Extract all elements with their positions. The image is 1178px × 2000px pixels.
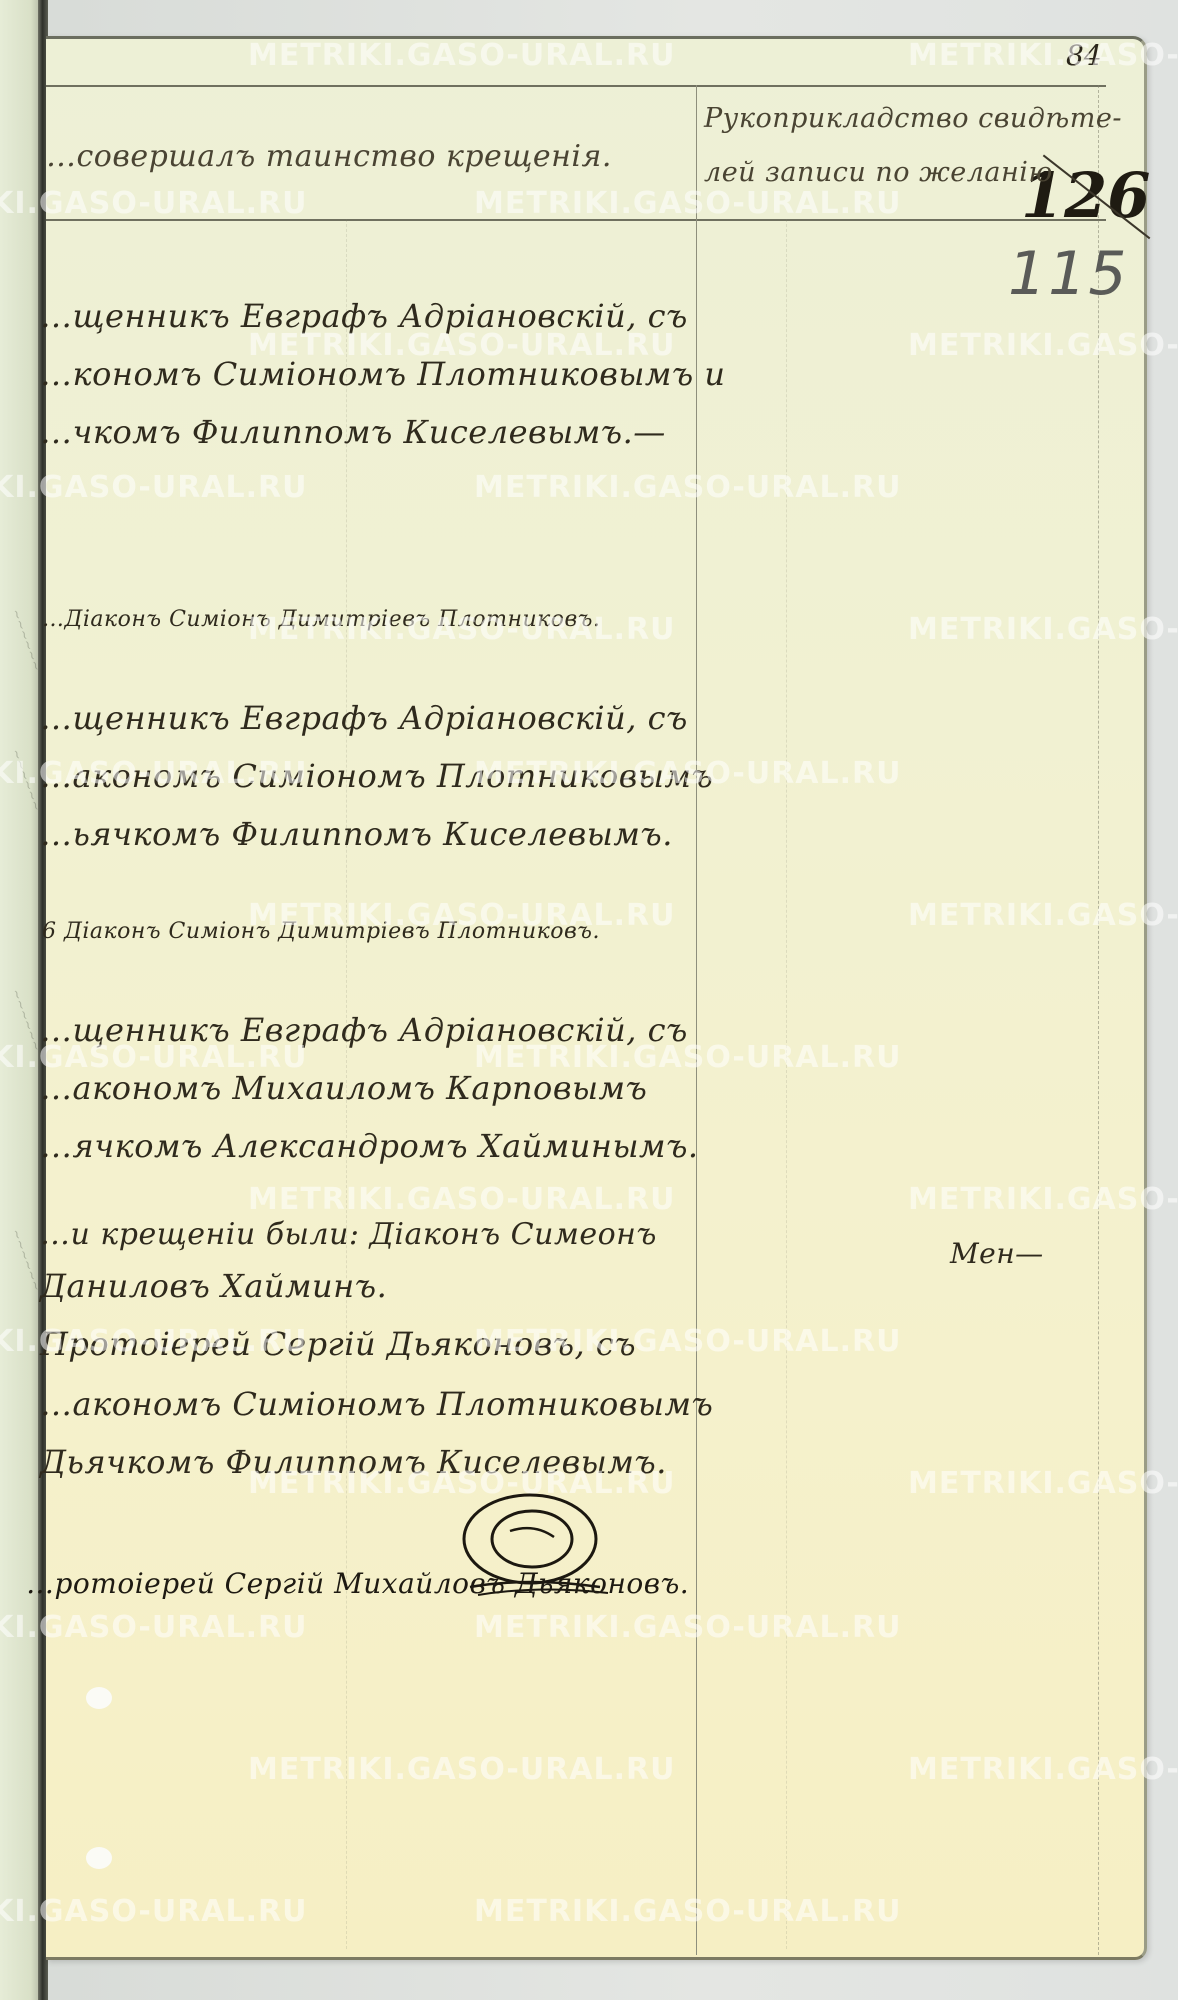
header-right-line-1: Рукоприкладство свидѣте-	[704, 103, 1122, 134]
entry-5-line-3: …ячкомъ Александромъ Хайминымъ.	[40, 1127, 699, 1165]
entry-1-line-2: …кономъ Симіономъ Плотниковымъ и	[40, 355, 726, 393]
header-right-line-2: лей записи по желанію	[704, 157, 1053, 188]
entry-3-line-2: …акономъ Симіономъ Плотниковымъ	[40, 757, 713, 795]
header-top-rule	[46, 85, 1106, 87]
folio-number: 84	[1066, 39, 1102, 72]
entry-1-line-3: …чкомъ Филиппомъ Киселевымъ.—	[40, 413, 666, 451]
entry-3-line-1: …щенникъ Евграфъ Адріановскій, съ	[40, 699, 688, 737]
bleed-through-text: ~~~~~~	[7, 1227, 34, 1268]
bleed-through-text: ~~~~~~	[7, 747, 34, 788]
entry-5-line-1: …щенникъ Евграфъ Адріановскій, съ	[40, 1011, 688, 1049]
entry-5-line-2: …акономъ Михаиломъ Карповымъ	[40, 1069, 647, 1107]
bleed-through-text: ~~~~~~	[7, 987, 34, 1028]
entry-6-line-3: Протоіерей Сергій Дьяконовъ, съ	[40, 1325, 636, 1363]
entry-4-line-1: 6 Діаконъ Симіонъ Димитріевъ Плотниковъ.	[42, 919, 600, 944]
punch-hole	[86, 1847, 112, 1869]
pencil-page-number: 115	[1008, 239, 1129, 309]
bleed-through-text: ~~~~~~	[7, 607, 34, 648]
entry-1-line-1: …щенникъ Евграфъ Адріановскій, съ	[40, 297, 688, 335]
margin-rule	[1098, 85, 1099, 1955]
entry-6-line-1: …и крещеніи были: Діаконъ Симеонъ	[40, 1217, 657, 1252]
entry-6-line-2: Даниловъ Хайминъ.	[40, 1267, 387, 1305]
header-left-column: …совершалъ таинство крещенія.	[46, 139, 612, 174]
punch-hole	[86, 1687, 112, 1709]
entry-2-line-1: …Діаконъ Симіонъ Димитріевъ Плотниковъ.	[42, 607, 600, 632]
document-page: 84 126 115 …совершалъ таинство крещенія.…	[46, 36, 1147, 1960]
header-bottom-rule	[46, 219, 1106, 221]
witness-signature-note: Мен—	[950, 1237, 1044, 1270]
entry-6-line-5: Дьячкомъ Филиппомъ Киселевымъ.	[40, 1443, 667, 1481]
entry-6-line-4: …акономъ Симіономъ Плотниковымъ	[40, 1385, 713, 1423]
faint-guide-rule	[786, 219, 787, 1949]
entry-3-line-3: …ьячкомъ Филиппомъ Киселевымъ.	[40, 815, 673, 853]
entry-7-signature-line: …ротоіерей Сергій Михайловъ Дьяконовъ.	[26, 1567, 689, 1600]
